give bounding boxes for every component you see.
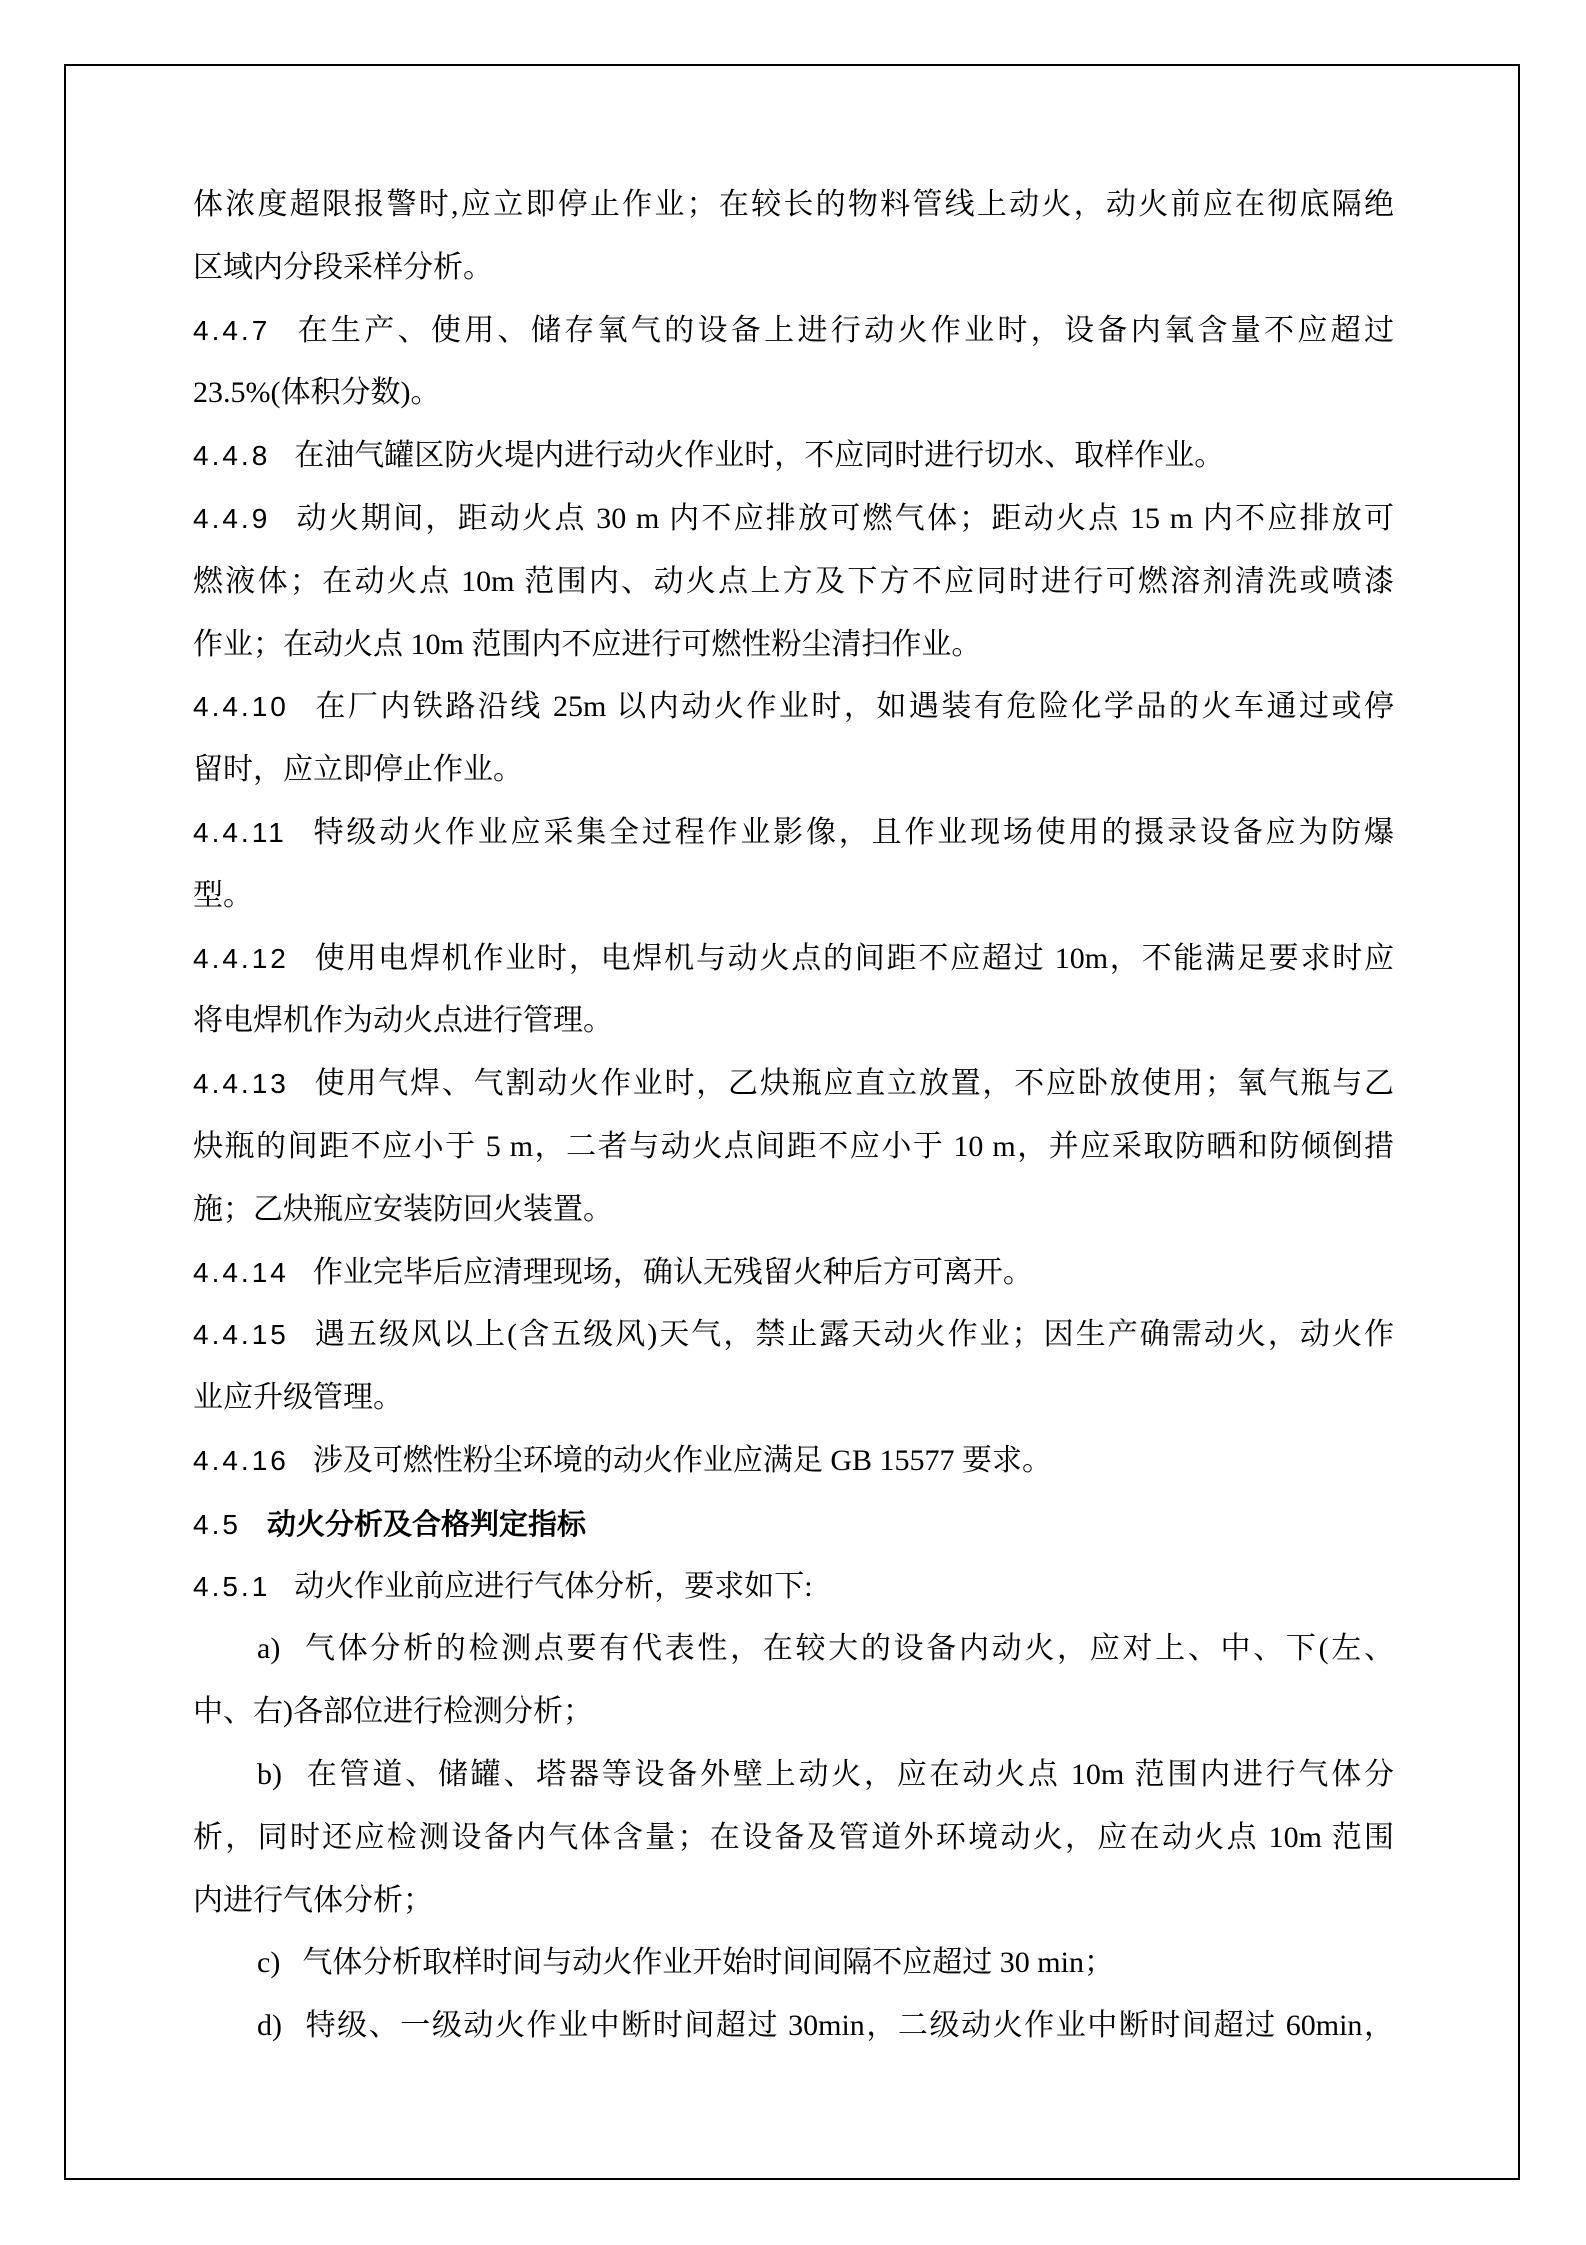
body-text: 使用气焊、气割动火作业时，乙炔瓶应直立放置，不应卧放使用；氧气瓶与乙 — [313, 1067, 1394, 1100]
clause-number: 4.4.12 — [193, 936, 289, 982]
body-text: 内进行气体分析； — [193, 1884, 433, 1917]
clause-number: 4.4.16 — [193, 1438, 289, 1484]
body-text: 气体分析的检测点要有代表性，在较大的设备内动火，应对上、中、下(左、 — [302, 1632, 1394, 1665]
body-text: 气体分析取样时间与动火作业开始时间间隔不应超过 30 min； — [302, 1946, 1114, 1979]
paragraph-continuation: 型。 — [193, 873, 1394, 936]
paragraph-continuation: 内进行气体分析； — [193, 1878, 1394, 1941]
body-text: 留时，应立即停止作业。 — [193, 753, 523, 786]
body-text: 作业；在动火点 10m 范围内不应进行可燃性粉尘清扫作业。 — [193, 628, 981, 661]
list-marker: d) — [257, 2003, 282, 2049]
clause-4-4-16: 4.4.16涉及可燃性粉尘环境的动火作业应满足 GB 15577 要求。 — [193, 1438, 1394, 1501]
clause-number: 4.4.14 — [193, 1250, 289, 1296]
paragraph-continuation: 留时，应立即停止作业。 — [193, 747, 1394, 810]
list-item-d: d)特级、一级动火作业中断时间超过 30min，二级动火作业中断时间超过 60m… — [193, 2003, 1394, 2066]
clause-4-4-11: 4.4.11特级动火作业应采集全过程作业影像，且作业现场使用的摄录设备应为防爆 — [193, 810, 1394, 873]
paragraph-continuation: 业应升级管理。 — [193, 1375, 1394, 1438]
clause-number: 4.4.9 — [193, 496, 270, 542]
body-text: 业应升级管理。 — [193, 1381, 403, 1414]
list-item-a: a)气体分析的检测点要有代表性，在较大的设备内动火，应对上、中、下(左、 — [193, 1626, 1394, 1689]
list-marker: b) — [257, 1752, 282, 1798]
clause-number: 4.4.15 — [193, 1312, 289, 1358]
body-text: 在管道、储罐、塔器等设备外壁上动火，应在动火点 10m 范围内进行气体分 — [304, 1758, 1394, 1791]
body-text: 23.5%(体积分数)。 — [193, 376, 440, 409]
body-text: 析，同时还应检测设备内气体含量；在设备及管道外环境动火，应在动火点 10m 范围 — [193, 1821, 1394, 1854]
paragraph-continuation: 23.5%(体积分数)。 — [193, 370, 1394, 433]
body-text: 施；乙炔瓶应安装防回火装置。 — [193, 1193, 613, 1226]
body-text: 特级动火作业应采集全过程作业影像，且作业现场使用的摄录设备应为防爆 — [311, 816, 1394, 849]
section-title: 动火分析及合格判定指标 — [267, 1507, 586, 1541]
clause-number: 4.4.11 — [193, 810, 287, 856]
body-text: 遇五级风以上(含五级风)天气，禁止露天动火作业；因生产确需动火，动火作 — [313, 1318, 1394, 1351]
paragraph-continuation: 施；乙炔瓶应安装防回火装置。 — [193, 1187, 1394, 1250]
body-text: 特级、一级动火作业中断时间超过 30min，二级动火作业中断时间超过 60min… — [304, 2009, 1394, 2042]
clause-4-4-9: 4.4.9动火期间，距动火点 30 m 内不应排放可燃气体；距动火点 15 m … — [193, 496, 1394, 559]
body-text: 体浓度超限报警时,应立即停止作业；在较长的物料管线上动火，动火前应在彻底隔绝 — [193, 188, 1394, 221]
list-item-c: c)气体分析取样时间与动火作业开始时间间隔不应超过 30 min； — [193, 1940, 1394, 2003]
section-heading-4-5: 4.5动火分析及合格判定指标 — [193, 1501, 1394, 1564]
paragraph-continuation: 炔瓶的间距不应小于 5 m，二者与动火点间距不应小于 10 m，并应采取防晒和防… — [193, 1124, 1394, 1187]
body-text: 涉及可燃性粉尘环境的动火作业应满足 GB 15577 要求。 — [313, 1444, 1052, 1477]
list-marker: c) — [257, 1940, 280, 1986]
body-text: 在油气罐区防火堤内进行动火作业时，不应同时进行切水、取样作业。 — [294, 439, 1224, 472]
clause-number: 4.4.13 — [193, 1061, 289, 1107]
clause-4-4-8: 4.4.8在油气罐区防火堤内进行动火作业时，不应同时进行切水、取样作业。 — [193, 433, 1394, 496]
body-text: 区域内分段采样分析。 — [193, 251, 493, 284]
body-text: 作业完毕后应清理现场，确认无残留火种后方可离开。 — [313, 1256, 1033, 1289]
clause-number: 4.4.10 — [193, 684, 289, 730]
clause-4-4-15: 4.4.15遇五级风以上(含五级风)天气，禁止露天动火作业；因生产确需动火，动火… — [193, 1312, 1394, 1375]
clause-4-4-10: 4.4.10在厂内铁路沿线 25m 以内动火作业时，如遇装有危险化学品的火车通过… — [193, 684, 1394, 747]
paragraph-continuation: 区域内分段采样分析。 — [193, 245, 1394, 308]
body-text: 燃液体；在动火点 10m 范围内、动火点上方及下方不应同时进行可燃溶剂清洗或喷漆 — [193, 565, 1394, 598]
body-text: 使用电焊机作业时，电焊机与动火点的间距不应超过 10m，不能满足要求时应 — [313, 942, 1394, 975]
paragraph-continuation: 将电焊机作为动火点进行管理。 — [193, 998, 1394, 1061]
paragraph-continuation: 体浓度超限报警时,应立即停止作业；在较长的物料管线上动火，动火前应在彻底隔绝 — [193, 182, 1394, 245]
list-marker: a) — [257, 1626, 280, 1672]
body-text: 炔瓶的间距不应小于 5 m，二者与动火点间距不应小于 10 m，并应采取防晒和防… — [193, 1130, 1394, 1163]
clause-4-4-14: 4.4.14作业完毕后应清理现场，确认无残留火种后方可离开。 — [193, 1250, 1394, 1313]
clause-number: 4.4.7 — [193, 308, 270, 354]
body-text: 在厂内铁路沿线 25m 以内动火作业时，如遇装有危险化学品的火车通过或停 — [313, 690, 1394, 723]
body-text: 中、右)各部位进行检测分析； — [193, 1695, 593, 1728]
body-text: 型。 — [193, 879, 253, 912]
paragraph-continuation: 中、右)各部位进行检测分析； — [193, 1689, 1394, 1752]
clause-4-4-12: 4.4.12使用电焊机作业时，电焊机与动火点的间距不应超过 10m，不能满足要求… — [193, 936, 1394, 999]
body-text: 动火期间，距动火点 30 m 内不应排放可燃气体；距动火点 15 m 内不应排放… — [294, 502, 1394, 535]
document-body: 体浓度超限报警时,应立即停止作业；在较长的物料管线上动火，动火前应在彻底隔绝 区… — [193, 182, 1394, 2066]
paragraph-continuation: 作业；在动火点 10m 范围内不应进行可燃性粉尘清扫作业。 — [193, 622, 1394, 685]
paragraph-continuation: 析，同时还应检测设备内气体含量；在设备及管道外环境动火，应在动火点 10m 范围 — [193, 1815, 1394, 1878]
body-text: 在生产、使用、储存氧气的设备上进行动火作业时，设备内氧含量不应超过 — [294, 314, 1394, 347]
clause-number: 4.4.8 — [193, 433, 270, 479]
clause-4-4-13: 4.4.13使用气焊、气割动火作业时，乙炔瓶应直立放置，不应卧放使用；氧气瓶与乙 — [193, 1061, 1394, 1124]
list-item-b: b)在管道、储罐、塔器等设备外壁上动火，应在动火点 10m 范围内进行气体分 — [193, 1752, 1394, 1815]
body-text: 动火作业前应进行气体分析，要求如下: — [294, 1570, 812, 1603]
clause-4-5-1: 4.5.1动火作业前应进行气体分析，要求如下: — [193, 1564, 1394, 1627]
section-number: 4.5 — [193, 1502, 241, 1548]
clause-number: 4.5.1 — [193, 1564, 270, 1610]
paragraph-continuation: 燃液体；在动火点 10m 范围内、动火点上方及下方不应同时进行可燃溶剂清洗或喷漆 — [193, 559, 1394, 622]
clause-4-4-7: 4.4.7在生产、使用、储存氧气的设备上进行动火作业时，设备内氧含量不应超过 — [193, 308, 1394, 371]
body-text: 将电焊机作为动火点进行管理。 — [193, 1004, 613, 1037]
